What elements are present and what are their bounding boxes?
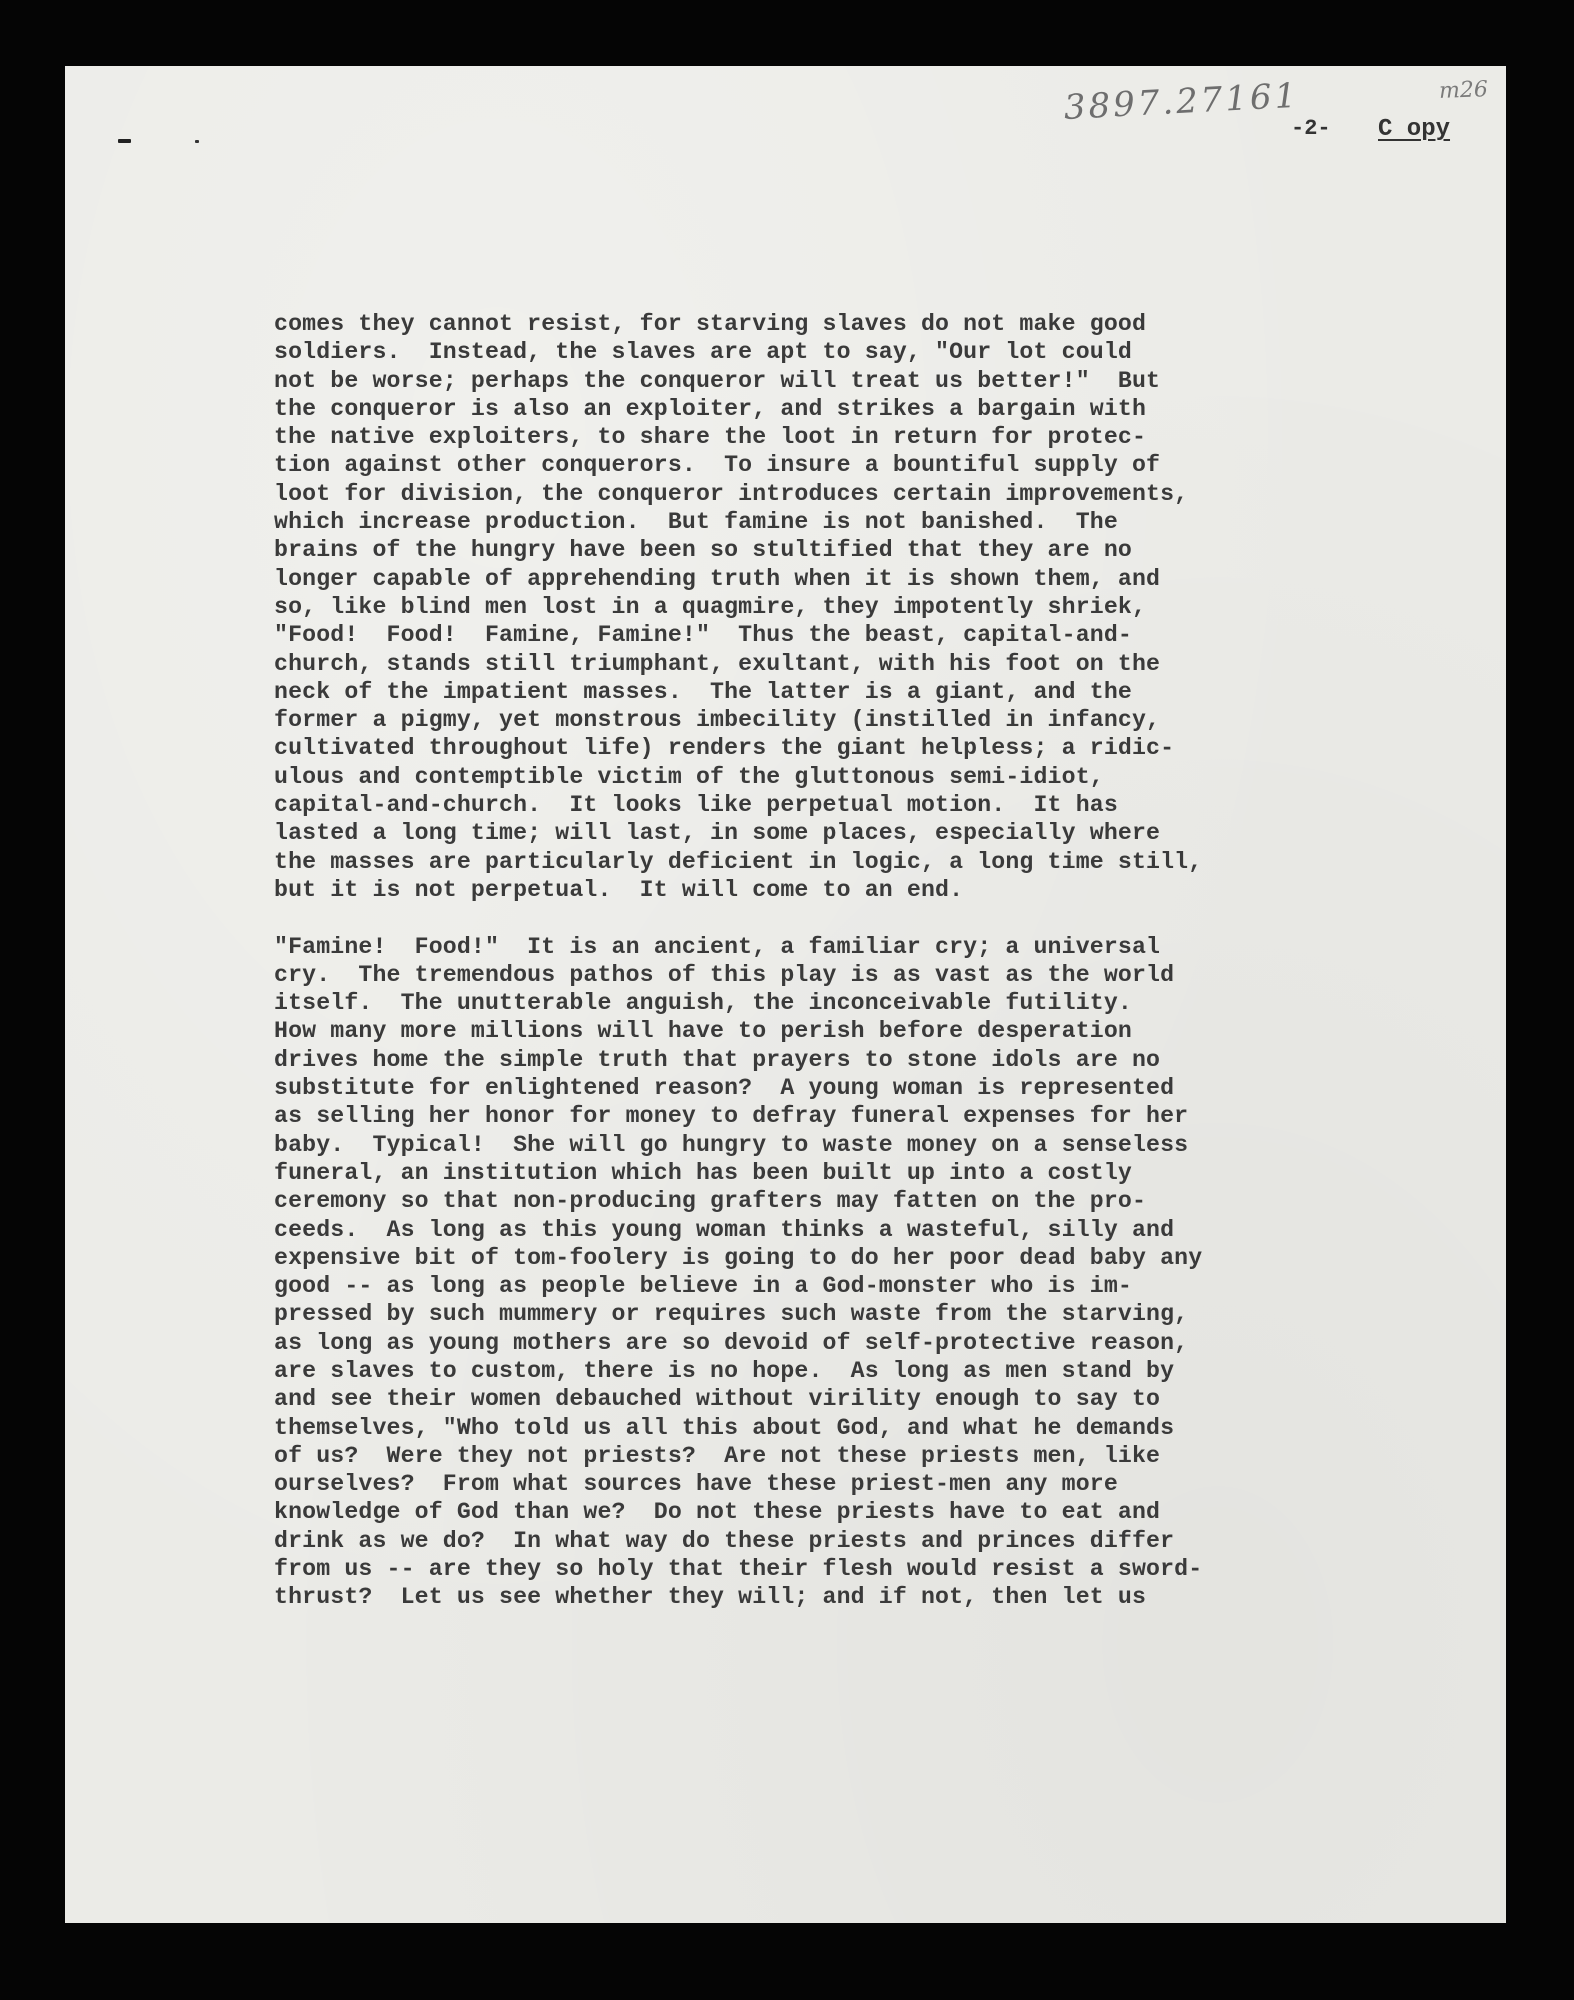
text-line: "Food! Food! Famine, Famine!" Thus the b… bbox=[274, 621, 1474, 649]
text-line: from us -- are they so holy that their f… bbox=[274, 1555, 1474, 1583]
text-line: drives home the simple truth that prayer… bbox=[274, 1046, 1474, 1074]
text-line: the masses are particularly deficient in… bbox=[274, 848, 1474, 876]
text-line: soldiers. Instead, the slaves are apt to… bbox=[274, 338, 1474, 366]
text-line: and see their women debauched without vi… bbox=[274, 1385, 1474, 1413]
text-line: the conqueror is also an exploiter, and … bbox=[274, 395, 1474, 423]
text-line: so, like blind men lost in a quagmire, t… bbox=[274, 593, 1474, 621]
text-line: drink as we do? In what way do these pri… bbox=[274, 1527, 1474, 1555]
text-line: but it is not perpetual. It will come to… bbox=[274, 876, 1474, 904]
text-line: tion against other conquerors. To insure… bbox=[274, 451, 1474, 479]
text-line: thrust? Let us see whether they will; an… bbox=[274, 1583, 1474, 1611]
text-line: funeral, an institution which has been b… bbox=[274, 1159, 1474, 1187]
text-line: brains of the hungry have been so stulti… bbox=[274, 536, 1474, 564]
page-number: -2- bbox=[1291, 116, 1331, 141]
text-line: knowledge of God than we? Do not these p… bbox=[274, 1498, 1474, 1526]
text-line: the native exploiters, to share the loot… bbox=[274, 423, 1474, 451]
text-line: ceremony so that non-producing grafters … bbox=[274, 1187, 1474, 1215]
text-line: longer capable of apprehending truth whe… bbox=[274, 565, 1474, 593]
text-line: not be worse; perhaps the conqueror will… bbox=[274, 367, 1474, 395]
text-line: itself. The unutterable anguish, the inc… bbox=[274, 989, 1474, 1017]
text-line: substitute for enlightened reason? A you… bbox=[274, 1074, 1474, 1102]
text-line: ceeds. As long as this young woman think… bbox=[274, 1216, 1474, 1244]
text-line: good -- as long as people believe in a G… bbox=[274, 1272, 1474, 1300]
text-line: loot for division, the conqueror introdu… bbox=[274, 480, 1474, 508]
typed-page: 3897.27161 m26 -2- C opy comes they cann… bbox=[65, 66, 1506, 1923]
text-line: cultivated throughout life) renders the … bbox=[274, 734, 1474, 762]
text-line: as long as young mothers are so devoid o… bbox=[274, 1329, 1474, 1357]
text-line: baby. Typical! She will go hungry to was… bbox=[274, 1131, 1474, 1159]
handwritten-margin-mark: m26 bbox=[1439, 77, 1489, 104]
text-line: neck of the impatient masses. The latter… bbox=[274, 678, 1474, 706]
text-line: "Famine! Food!" It is an ancient, a fami… bbox=[274, 933, 1474, 961]
text-line: ourselves? From what sources have these … bbox=[274, 1470, 1474, 1498]
text-line: How many more millions will have to peri… bbox=[274, 1017, 1474, 1045]
text-line: lasted a long time; will last, in some p… bbox=[274, 819, 1474, 847]
paragraph-2: "Famine! Food!" It is an ancient, a fami… bbox=[274, 933, 1474, 1612]
text-line: of us? Were they not priests? Are not th… bbox=[274, 1442, 1474, 1470]
text-line: pressed by such mummery or requires such… bbox=[274, 1300, 1474, 1328]
text-line: as selling her honor for money to defray… bbox=[274, 1102, 1474, 1130]
paragraph-1: comes they cannot resist, for starving s… bbox=[274, 310, 1474, 904]
text-line: church, stands still triumphant, exultan… bbox=[274, 650, 1474, 678]
text-line: former a pigmy, yet monstrous imbecility… bbox=[274, 706, 1474, 734]
margin-ink-mark bbox=[118, 139, 131, 143]
text-line: expensive bit of tom-foolery is going to… bbox=[274, 1244, 1474, 1272]
margin-ink-dot bbox=[195, 140, 199, 143]
document-body: comes they cannot resist, for starving s… bbox=[274, 310, 1474, 1612]
text-line: are slaves to custom, there is no hope. … bbox=[274, 1357, 1474, 1385]
text-line: ulous and contemptible victim of the glu… bbox=[274, 763, 1474, 791]
text-line: comes they cannot resist, for starving s… bbox=[274, 310, 1474, 338]
text-line: themselves, "Who told us all this about … bbox=[274, 1414, 1474, 1442]
text-line: cry. The tremendous pathos of this play … bbox=[274, 961, 1474, 989]
text-line: which increase production. But famine is… bbox=[274, 508, 1474, 536]
handwritten-catalog-number: 3897.27161 bbox=[1063, 76, 1300, 128]
copy-label: C opy bbox=[1378, 116, 1450, 143]
page-header: 3897.27161 m26 -2- C opy bbox=[65, 66, 1506, 186]
text-line: capital-and-church. It looks like perpet… bbox=[274, 791, 1474, 819]
